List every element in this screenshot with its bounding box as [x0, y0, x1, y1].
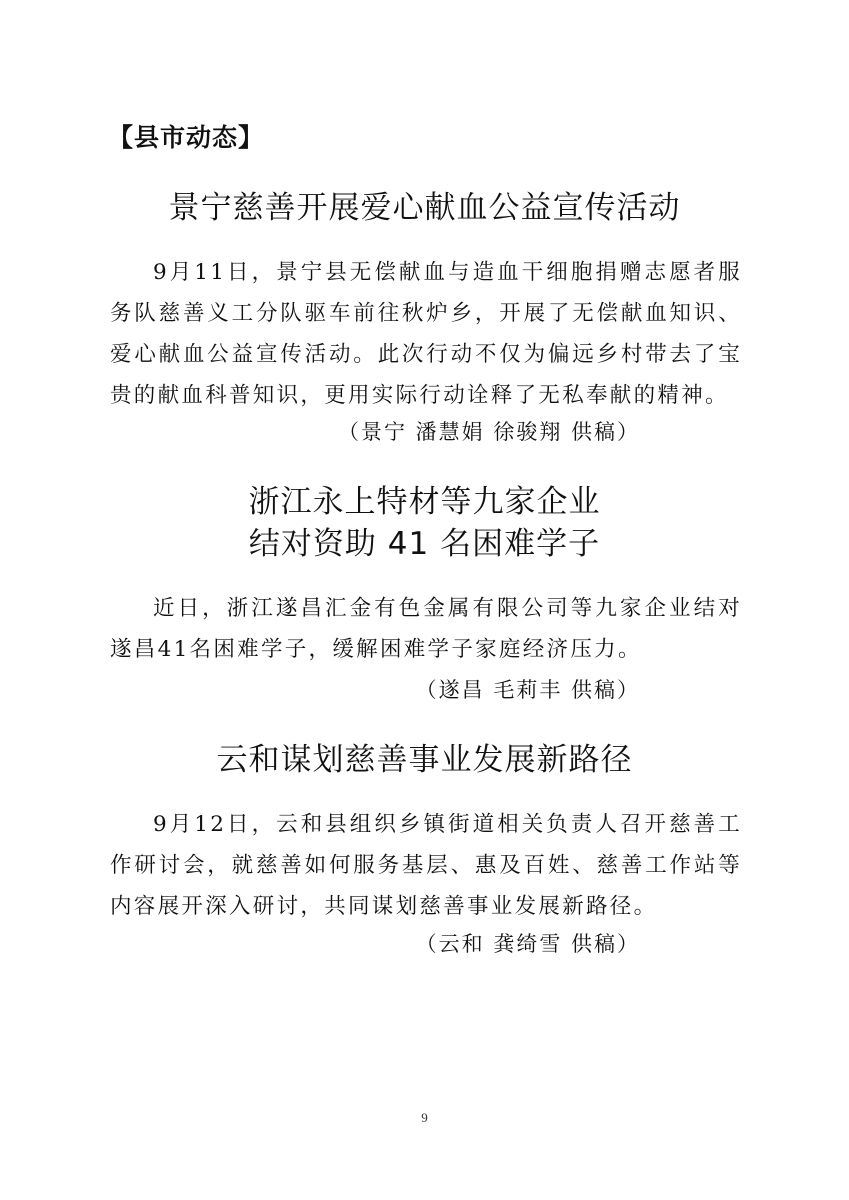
- article-2-title-line-2: 结对资助 41 名困难学子: [0, 522, 849, 566]
- article-2-title-line-1: 浙江永上特材等九家企业: [0, 480, 849, 524]
- article-1-body: 9月11日，景宁县无偿献血与造血干细胞捐赠志愿者服务队慈善义工分队驱车前往秋炉乡…: [110, 252, 742, 416]
- article-3-credit: （云和 龚绮雪 供稿）: [0, 928, 640, 958]
- document-page: 【县市动态】 景宁慈善开展爱心献血公益宣传活动 9月11日，景宁县无偿献血与造血…: [0, 0, 849, 1200]
- article-1-title: 景宁慈善开展爱心献血公益宣传活动: [0, 186, 849, 230]
- article-2-credit: （遂昌 毛莉丰 供稿）: [0, 674, 640, 704]
- article-3-title: 云和谋划慈善事业发展新路径: [0, 738, 849, 782]
- page-number: 9: [0, 1110, 849, 1126]
- section-tag: 【县市动态】: [108, 118, 264, 154]
- article-3-body: 9月12日，云和县组织乡镇街道相关负责人召开慈善工作研讨会，就慈善如何服务基层、…: [110, 804, 742, 927]
- article-1-credit: （景宁 潘慧娟 徐骏翔 供稿）: [0, 416, 640, 446]
- article-2-body: 近日，浙江遂昌汇金有色金属有限公司等九家企业结对遂昌41名困难学子，缓解困难学子…: [110, 588, 742, 670]
